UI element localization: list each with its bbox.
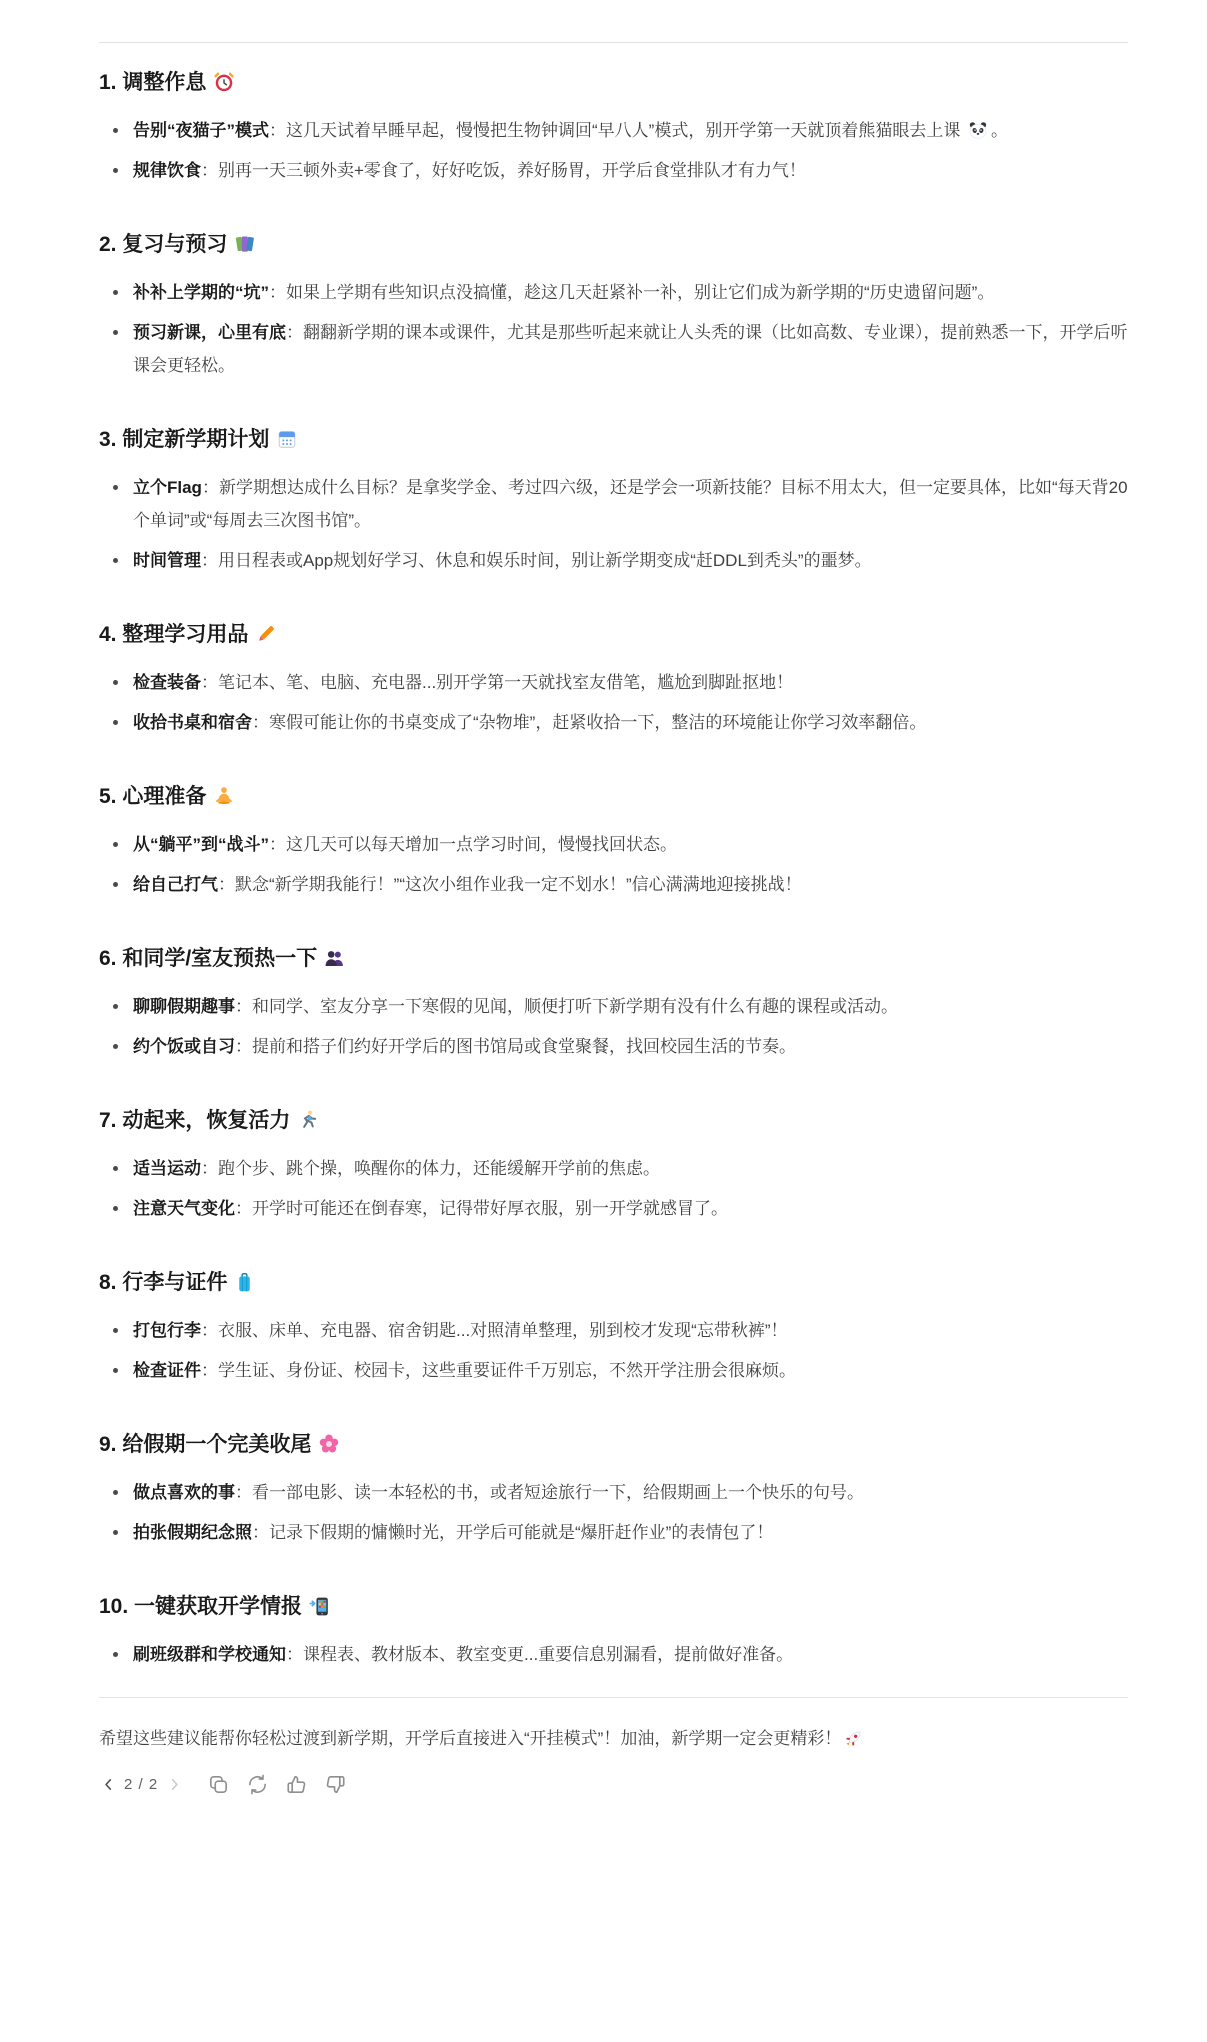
list-item: 注意天气变化：开学时可能还在倒春寒，记得带好厚衣服，别一开学就感冒了。 — [133, 1192, 1128, 1225]
list-item: 收拾书桌和宿舍：寒假可能让你的书桌变成了“杂物堆”，赶紧收拾一下，整洁的环境能让… — [133, 706, 1128, 739]
list-item: 拍张假期纪念照：记录下假期的慵懒时光，开学后可能就是“爆肝赶作业”的表情包了！ — [133, 1516, 1128, 1549]
bullet-lead: 刷班级群和学校通知 — [133, 1645, 286, 1664]
section-title: 2. 复习与预习 — [99, 231, 1128, 258]
bullet-list: 补补上学期的“坑”：如果上学期有些知识点没搞懂，趁这几天赶紧补一补，别让它们成为… — [99, 276, 1128, 382]
bullet-text-suffix: 。 — [991, 121, 1008, 140]
list-item: 告别“夜猫子”模式：这几天试着早睡早起，慢慢把生物钟调回“早八人”模式，别开学第… — [133, 114, 1128, 147]
bullet-lead: 预习新课，心里有底 — [133, 323, 286, 342]
bullet-text: ：默念“新学期我能行！”“这次小组作业我一定不划水！”信心满满地迎接挑战！ — [218, 875, 802, 894]
section-title-text: 1. 调整作息 — [99, 71, 206, 94]
list-item: 给自己打气：默念“新学期我能行！”“这次小组作业我一定不划水！”信心满满地迎接挑… — [133, 868, 1128, 901]
bullet-text: ：学生证、身份证、校园卡，这些重要证件千万别忘，不然开学注册会很麻烦。 — [201, 1361, 796, 1380]
bullet-text: ：笔记本、笔、电脑、充电器...别开学第一天就找室友借笔，尴尬到脚趾抠地！ — [201, 673, 793, 692]
message-toolbar: 2 / 2 — [99, 1771, 1128, 1798]
bullet-text: ：和同学、室友分享一下寒假的见闻，顺便打听下新学期有没有什么有趣的课程或活动。 — [235, 997, 898, 1016]
copy-icon[interactable] — [205, 1771, 232, 1798]
section-title: 3. 制定新学期计划 — [99, 426, 1128, 453]
section-title: 8. 行李与证件 — [99, 1269, 1128, 1296]
bullet-text: ：提前和搭子们约好开学后的图书馆局或食堂聚餐，找回校园生活的节奏。 — [235, 1037, 796, 1056]
cherry-blossom-icon — [318, 1433, 340, 1455]
runner-icon — [297, 1109, 319, 1131]
crayon-icon — [255, 623, 277, 645]
bullet-lead: 规律饮食 — [133, 161, 201, 180]
list-item: 聊聊假期趣事：和同学、室友分享一下寒假的见闻，顺便打听下新学期有没有什么有趣的课… — [133, 990, 1128, 1023]
section-luggage-documents: 8. 行李与证件 打包行李：衣服、床单、充电器、宿舍钥匙...对照清单整理，别到… — [99, 1269, 1128, 1387]
mobile-phone-icon — [309, 1596, 330, 1617]
meditation-icon — [213, 785, 235, 807]
section-title: 10. 一键获取开学情报 — [99, 1593, 1128, 1620]
bullet-list: 聊聊假期趣事：和同学、室友分享一下寒假的见闻，顺便打听下新学期有没有什么有趣的课… — [99, 990, 1128, 1063]
section-semester-plan: 3. 制定新学期计划 立个Flag：新学期想达成什么目标？是拿奖学金、考过四六级… — [99, 426, 1128, 577]
section-mental-prep: 5. 心理准备 从“躺平”到“战斗”：这几天可以每天增加一点学习时间，慢慢找回状… — [99, 783, 1128, 901]
section-title: 6. 和同学/室友预热一下 — [99, 945, 1128, 972]
section-title-text: 3. 制定新学期计划 — [99, 428, 269, 451]
bullet-lead: 约个饭或自习 — [133, 1037, 235, 1056]
list-item: 约个饭或自习：提前和搭子们约好开学后的图书馆局或食堂聚餐，找回校园生活的节奏。 — [133, 1030, 1128, 1063]
section-adjust-schedule: 1. 调整作息 告别“夜猫子”模式：这几天试着早睡早起，慢慢把生物钟调回“早八人… — [99, 69, 1128, 187]
section-study-supplies: 4. 整理学习用品 检查装备：笔记本、笔、电脑、充电器...别开学第一天就找室友… — [99, 621, 1128, 739]
panda-face-icon — [968, 120, 988, 140]
section-title: 7. 动起来，恢复活力 — [99, 1107, 1128, 1134]
bullet-text: ：记录下假期的慵懒时光，开学后可能就是“爆肝赶作业”的表情包了！ — [252, 1523, 773, 1542]
closing-text: 希望这些建议能帮你轻松过渡到新学期，开学后直接进入“开挂模式”！加油，新学期一定… — [99, 1729, 841, 1748]
bullet-lead: 拍张假期纪念照 — [133, 1523, 252, 1542]
bullet-lead: 打包行李 — [133, 1321, 201, 1340]
bullet-lead: 时间管理 — [133, 551, 201, 570]
closing-paragraph: 希望这些建议能帮你轻松过渡到新学期，开学后直接进入“开挂模式”！加油，新学期一定… — [99, 1722, 1128, 1755]
section-title: 4. 整理学习用品 — [99, 621, 1128, 648]
alarm-clock-icon — [213, 71, 235, 93]
section-title-text: 9. 给假期一个完美收尾 — [99, 1433, 311, 1456]
bullet-list: 告别“夜猫子”模式：这几天试着早睡早起，慢慢把生物钟调回“早八人”模式，别开学第… — [99, 114, 1128, 187]
bullet-text: ：用日程表或App规划好学习、休息和娱乐时间，别让新学期变成“赶DDL到秃头”的… — [201, 551, 872, 570]
list-item: 刷班级群和学校通知：课程表、教材版本、教室变更...重要信息别漏看，提前做好准备… — [133, 1638, 1128, 1671]
bullet-list: 适当运动：跑个步、跳个操，唤醒你的体力，还能缓解开学前的焦虑。 注意天气变化：开… — [99, 1152, 1128, 1225]
section-title-text: 4. 整理学习用品 — [99, 623, 248, 646]
footer-divider — [99, 1697, 1128, 1698]
list-item: 适当运动：跑个步、跳个操，唤醒你的体力，还能缓解开学前的焦虑。 — [133, 1152, 1128, 1185]
bullet-text: ：这几天可以每天增加一点学习时间，慢慢找回状态。 — [269, 835, 677, 854]
section-warm-up-with-classmates: 6. 和同学/室友预热一下 聊聊假期趣事：和同学、室友分享一下寒假的见闻，顺便打… — [99, 945, 1128, 1063]
section-title-text: 7. 动起来，恢复活力 — [99, 1109, 290, 1132]
bullet-text: ：看一部电影、读一本轻松的书，或者短途旅行一下，给假期画上一个快乐的句号。 — [235, 1483, 864, 1502]
bullet-lead: 收拾书桌和宿舍 — [133, 713, 252, 732]
bullet-list: 打包行李：衣服、床单、充电器、宿舍钥匙...对照清单整理，别到校才发现“忘带秋裤… — [99, 1314, 1128, 1387]
bullet-lead: 适当运动 — [133, 1159, 201, 1178]
section-title-text: 6. 和同学/室友预热一下 — [99, 947, 317, 970]
list-item: 做点喜欢的事：看一部电影、读一本轻松的书，或者短途旅行一下，给假期画上一个快乐的… — [133, 1476, 1128, 1509]
section-title: 1. 调整作息 — [99, 69, 1128, 96]
bullet-list: 立个Flag：新学期想达成什么目标？是拿奖学金、考过四六级，还是学会一项新技能？… — [99, 471, 1128, 577]
bullet-lead: 告别“夜猫子”模式 — [133, 121, 269, 140]
bullet-lead: 补补上学期的“坑” — [133, 283, 269, 302]
section-title-text: 10. 一键获取开学情报 — [99, 1595, 302, 1618]
bullet-list: 做点喜欢的事：看一部电影、读一本轻松的书，或者短途旅行一下，给假期画上一个快乐的… — [99, 1476, 1128, 1549]
books-icon — [234, 233, 256, 255]
bullet-lead: 从“躺平”到“战斗” — [133, 835, 269, 854]
bullet-lead: 注意天气变化 — [133, 1199, 235, 1218]
bullet-lead: 检查证件 — [133, 1361, 201, 1380]
rocket-icon — [844, 1728, 864, 1748]
bullet-list: 刷班级群和学校通知：课程表、教材版本、教室变更...重要信息别漏看，提前做好准备… — [99, 1638, 1128, 1671]
list-item: 检查装备：笔记本、笔、电脑、充电器...别开学第一天就找室友借笔，尴尬到脚趾抠地… — [133, 666, 1128, 699]
section-title: 5. 心理准备 — [99, 783, 1128, 810]
page-indicator: 2 / 2 — [124, 1776, 158, 1793]
list-item: 预习新课，心里有底：翻翻新学期的课本或课件，尤其是那些听起来就让人头秃的课（比如… — [133, 316, 1128, 382]
bullet-text: ：课程表、教材版本、教室变更...重要信息别漏看，提前做好准备。 — [286, 1645, 793, 1664]
luggage-icon — [234, 1272, 255, 1293]
section-title-text: 8. 行李与证件 — [99, 1271, 227, 1294]
list-item: 补补上学期的“坑”：如果上学期有些知识点没搞懂，趁这几天赶紧补一补，别让它们成为… — [133, 276, 1128, 309]
bullet-text: ：寒假可能让你的书桌变成了“杂物堆”，赶紧收拾一下，整洁的环境能让你学习效率翻倍… — [252, 713, 926, 732]
bullet-lead: 聊聊假期趣事 — [133, 997, 235, 1016]
list-item: 规律饮食：别再一天三顿外卖+零食了，好好吃饭，养好肠胃，开学后食堂排队才有力气！ — [133, 154, 1128, 187]
bullet-text: ：别再一天三顿外卖+零食了，好好吃饭，养好肠胃，开学后食堂排队才有力气！ — [201, 161, 806, 180]
regenerate-icon[interactable] — [244, 1771, 271, 1798]
bullet-text: ：跑个步、跳个操，唤醒你的体力，还能缓解开学前的焦虑。 — [201, 1159, 660, 1178]
chevron-right-icon[interactable] — [165, 1776, 183, 1794]
response-pager: 2 / 2 — [99, 1776, 183, 1794]
bullet-list: 检查装备：笔记本、笔、电脑、充电器...别开学第一天就找室友借笔，尴尬到脚趾抠地… — [99, 666, 1128, 739]
list-item: 检查证件：学生证、身份证、校园卡，这些重要证件千万别忘，不然开学注册会很麻烦。 — [133, 1354, 1128, 1387]
bullet-lead: 检查装备 — [133, 673, 201, 692]
bullet-lead: 做点喜欢的事 — [133, 1483, 235, 1502]
assistant-message: 1. 调整作息 告别“夜猫子”模式：这几天试着早睡早起，慢慢把生物钟调回“早八人… — [0, 42, 1207, 2042]
list-item: 立个Flag：新学期想达成什么目标？是拿奖学金、考过四六级，还是学会一项新技能？… — [133, 471, 1128, 537]
list-item: 从“躺平”到“战斗”：这几天可以每天增加一点学习时间，慢慢找回状态。 — [133, 828, 1128, 861]
busts-icon — [324, 948, 345, 969]
bullet-lead: 立个Flag — [133, 478, 202, 497]
bullet-list: 从“躺平”到“战斗”：这几天可以每天增加一点学习时间，慢慢找回状态。 给自己打气… — [99, 828, 1128, 901]
section-title-text: 2. 复习与预习 — [99, 233, 227, 256]
bullet-text: ：开学时可能还在倒春寒，记得带好厚衣服，别一开学就感冒了。 — [235, 1199, 728, 1218]
section-get-active: 7. 动起来，恢复活力 适当运动：跑个步、跳个操，唤醒你的体力，还能缓解开学前的… — [99, 1107, 1128, 1225]
thumbs-down-icon[interactable] — [322, 1771, 349, 1798]
section-title-text: 5. 心理准备 — [99, 785, 206, 808]
bullet-text: ：新学期想达成什么目标？是拿奖学金、考过四六级，还是学会一项新技能？目标不用太大… — [133, 478, 1128, 530]
bullet-lead: 给自己打气 — [133, 875, 218, 894]
section-school-info: 10. 一键获取开学情报 刷班级群和学校通知：课程表、教材版本、教室变更...重… — [99, 1593, 1128, 1671]
thumbs-up-icon[interactable] — [283, 1771, 310, 1798]
section-title: 9. 给假期一个完美收尾 — [99, 1431, 1128, 1458]
chevron-left-icon[interactable] — [99, 1776, 117, 1794]
bullet-text: ：衣服、床单、充电器、宿舍钥匙...对照清单整理，别到校才发现“忘带秋裤”！ — [201, 1321, 788, 1340]
top-divider — [99, 42, 1128, 43]
bullet-text: ：如果上学期有些知识点没搞懂，趁这几天赶紧补一补，别让它们成为新学期的“历史遗留… — [269, 283, 994, 302]
calendar-icon — [276, 428, 298, 450]
section-perfect-ending: 9. 给假期一个完美收尾 做点喜欢的事：看一部电影、读一本轻松的书，或者短途旅行… — [99, 1431, 1128, 1549]
section-review-preview: 2. 复习与预习 补补上学期的“坑”：如果上学期有些知识点没搞懂，趁这几天赶紧补… — [99, 231, 1128, 382]
list-item: 时间管理：用日程表或App规划好学习、休息和娱乐时间，别让新学期变成“赶DDL到… — [133, 544, 1128, 577]
bullet-text: ：这几天试着早睡早起，慢慢把生物钟调回“早八人”模式，别开学第一天就顶着熊猫眼去… — [269, 121, 965, 140]
list-item: 打包行李：衣服、床单、充电器、宿舍钥匙...对照清单整理，别到校才发现“忘带秋裤… — [133, 1314, 1128, 1347]
